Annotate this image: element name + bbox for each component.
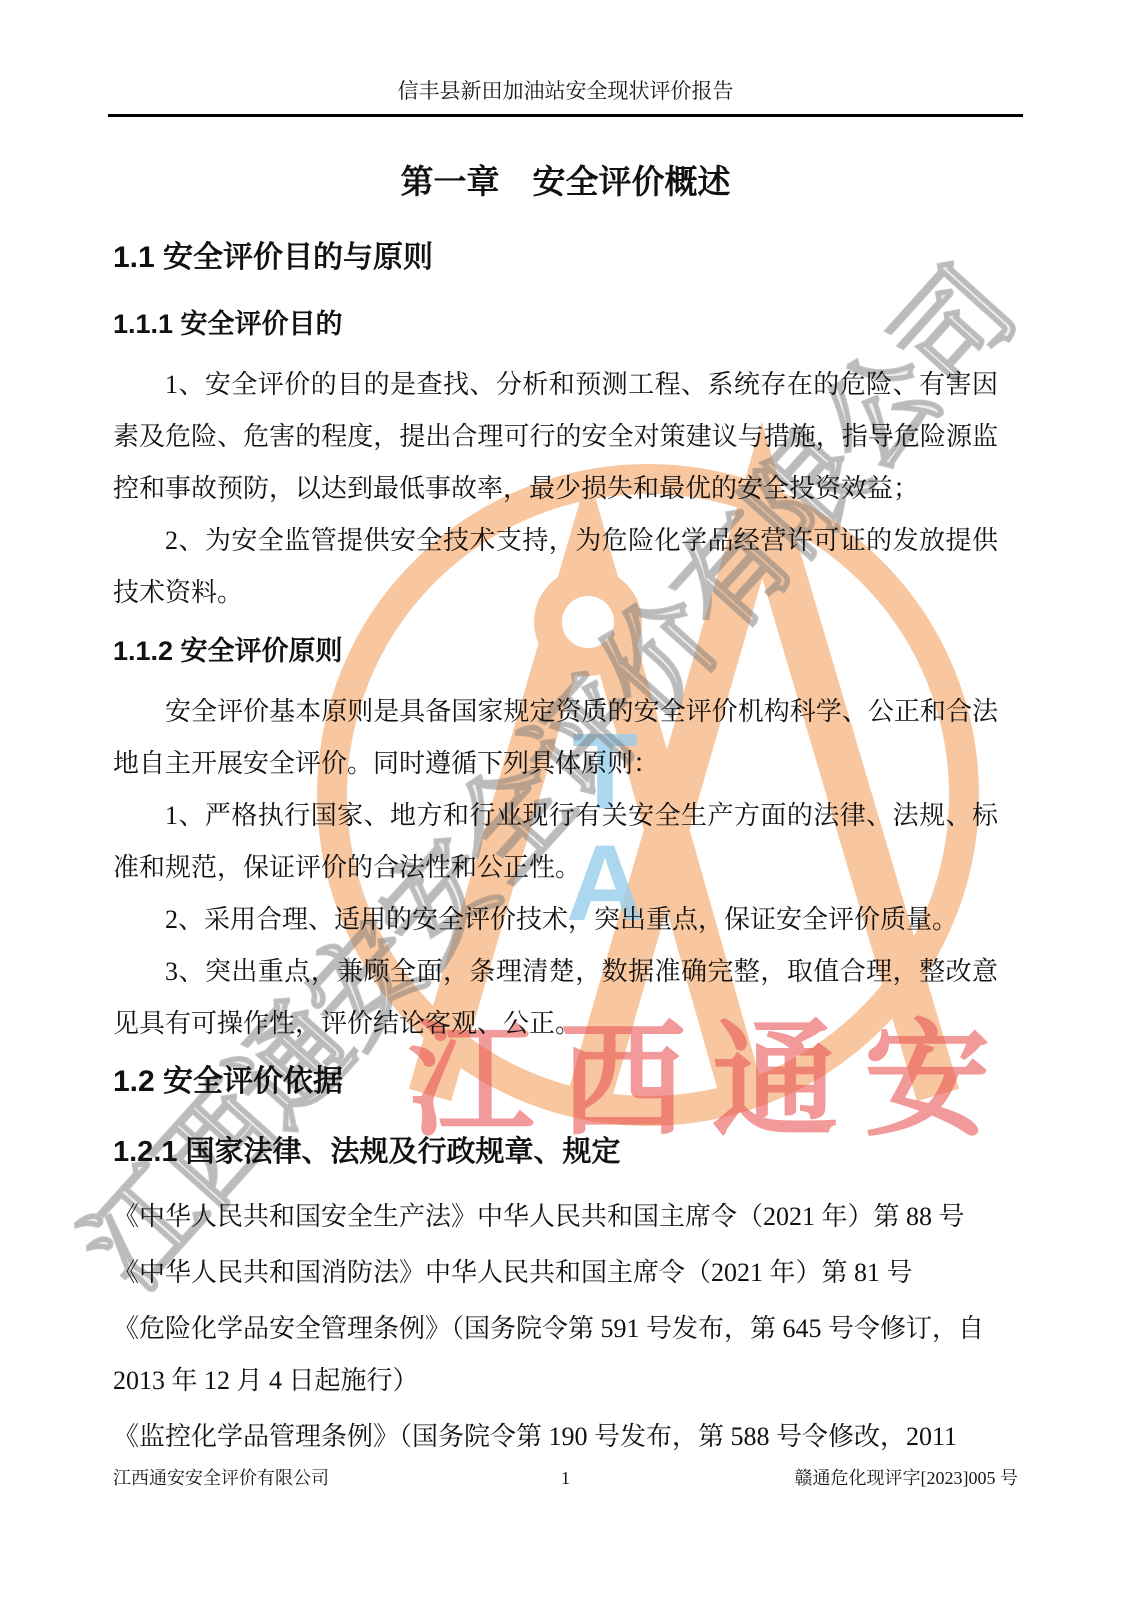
running-header: 信丰县新田加油站安全现状评价报告 [0, 0, 1131, 117]
heading-1-1-2: 1.1.2 安全评价原则 [113, 635, 1018, 668]
heading-1-2-1: 1.2.1 国家法律、法规及行政规章、规定 [113, 1136, 1018, 1169]
heading-1-2: 1.2 安全评价依据 [113, 1064, 1018, 1100]
document-page: T A 江西通安安全评价有限公司 江西通安 信丰县新田加油站安全现状评价报告 第… [0, 0, 1131, 1600]
page-footer: 1 江西通安安全评价有限公司 赣通危化现评字[2023]005 号 [113, 1466, 1018, 1490]
law-item: 《监控化学品管理条例》（国务院令第 190 号发布，第 588 号令修改，201… [113, 1411, 1018, 1463]
paragraph-principle-intro: 安全评价基本原则是具备国家规定资质的安全评价机构科学、公正和合法地自主开展安全评… [113, 686, 998, 790]
law-item: 《中华人民共和国安全生产法》中华人民共和国主席令（2021 年）第 88 号 [113, 1191, 1018, 1243]
heading-1-1-1: 1.1.1 安全评价目的 [113, 308, 1018, 341]
paragraph-principle-1: 1、严格执行国家、地方和行业现行有关安全生产方面的法律、法规、标准和规范，保证评… [113, 790, 998, 894]
page-number: 1 [113, 1466, 1018, 1490]
paragraph-purpose-2: 2、为安全监管提供安全技术支持，为危险化学品经营许可证的发放提供技术资料。 [113, 515, 998, 619]
paragraph-principle-2: 2、采用合理、适用的安全评价技术，突出重点，保证安全评价质量。 [113, 894, 998, 946]
law-item: 《中华人民共和国消防法》中华人民共和国主席令（2021 年）第 81 号 [113, 1247, 1018, 1299]
law-item: 《危险化学品安全管理条例》（国务院令第 591 号发布，第 645 号令修订，自… [113, 1303, 1018, 1407]
law-list: 《中华人民共和国安全生产法》中华人民共和国主席令（2021 年）第 88 号 《… [113, 1191, 1018, 1463]
document-content: 第一章 安全评价概述 1.1 安全评价目的与原则 1.1.1 安全评价目的 1、… [113, 140, 1018, 1467]
paragraph-purpose-1: 1、安全评价的目的是查找、分析和预测工程、系统存在的危险、有害因素及危险、危害的… [113, 359, 998, 515]
chapter-title: 第一章 安全评价概述 [113, 162, 1018, 202]
heading-1-1: 1.1 安全评价目的与原则 [113, 240, 1018, 276]
paragraph-principle-3: 3、突出重点，兼顾全面，条理清楚，数据准确完整，取值合理，整改意见具有可操作性，… [113, 946, 998, 1050]
header-rule [108, 114, 1023, 117]
header-title: 信丰县新田加油站安全现状评价报告 [0, 78, 1131, 104]
